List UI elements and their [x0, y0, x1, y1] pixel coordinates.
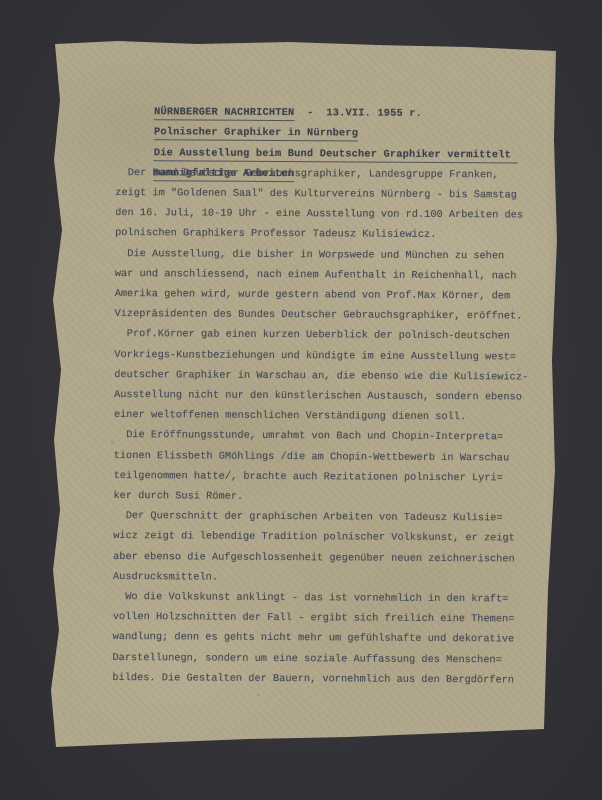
publication-date-line: NÜRNBERGER NACHRICHTEN - 13.VII. 1955 r. [116, 82, 540, 105]
paragraph: Die Eröffnungsstunde, umrahmt von Bach u… [113, 425, 537, 508]
headline: Polnischer Graphiker in Nürnberg [154, 127, 358, 142]
typewritten-text: NÜRNBERGER NACHRICHTEN - 13.VII. 1955 r.… [112, 82, 540, 691]
subheadline-text-1: Die Ausstellung beim Bund Deutscher Grap… [154, 147, 518, 163]
publication-date: - 13.VII. 1955 r. [294, 107, 422, 120]
paragraph: Prof.Körner gab einen kurzen Ueberblick … [114, 324, 539, 428]
publication-name: NÜRNBERGER NACHRICHTEN [154, 106, 294, 121]
paper-clipping: NÜRNBERGER NACHRICHTEN - 13.VII. 1955 r.… [48, 40, 562, 752]
paragraph: Wo die Volkskunst anklingt - das ist vor… [112, 587, 537, 691]
paragraph: Die Ausstellung, die bisher in Worpswede… [115, 244, 539, 327]
paragraph: Der Querschnitt der graphischen Arbeiten… [113, 506, 537, 589]
paragraph: Der Bund Deutscher Gebrauchsgraphiker, L… [115, 163, 539, 246]
